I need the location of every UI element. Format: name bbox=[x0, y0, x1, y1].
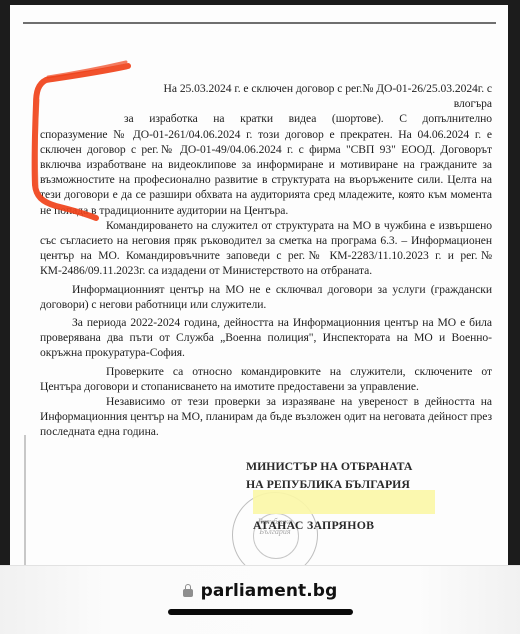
signatory-name: АТАНАС ЗАПРЯНОВ bbox=[253, 518, 374, 533]
scanned-document-page: На 25.03.2024 г. е сключен договор с рег… bbox=[10, 5, 508, 570]
signature-title-line1: МИНИСТЪР НА ОТБРАНАТА bbox=[246, 457, 412, 475]
document-body: На 25.03.2024 г. е сключен договор с рег… bbox=[40, 81, 492, 440]
yellow-highlight-redaction bbox=[253, 490, 435, 514]
browser-address-bar[interactable]: parliament.bg bbox=[0, 565, 520, 634]
lock-icon bbox=[183, 584, 193, 597]
url-display[interactable]: parliament.bg bbox=[0, 581, 520, 601]
paragraph-inspections: За периода 2022-2024 година, дейността н… bbox=[40, 315, 492, 361]
paragraph-contracts-line2: за изработка на кратки видеа (шортове). … bbox=[40, 111, 492, 126]
paragraph-audit-plan: Независимо от тези проверки за изразяван… bbox=[40, 394, 492, 440]
paragraph-business-trip: Командироването на служител от структура… bbox=[40, 218, 492, 279]
paragraph-contracts: На 25.03.2024 г. е сключен договор с рег… bbox=[40, 81, 492, 218]
paragraph-contracts-rest: споразумение № ДО-01-261/04.06.2024 г. т… bbox=[40, 128, 492, 217]
scan-edge-line bbox=[24, 435, 26, 570]
paragraph-civil-contracts: Информационният център на МО не е сключв… bbox=[40, 282, 492, 312]
signature-block: МИНИСТЪР НА ОТБРАНАТА НА РЕПУБЛИКА БЪЛГА… bbox=[246, 457, 412, 493]
header-rule bbox=[23, 22, 496, 24]
home-indicator[interactable] bbox=[168, 609, 353, 615]
paragraph-contracts-line1: На 25.03.2024 г. е сключен договор с рег… bbox=[40, 81, 492, 111]
paragraph-inspection-scope: Проверките са относно командировките на … bbox=[40, 364, 492, 394]
url-text[interactable]: parliament.bg bbox=[201, 581, 338, 601]
